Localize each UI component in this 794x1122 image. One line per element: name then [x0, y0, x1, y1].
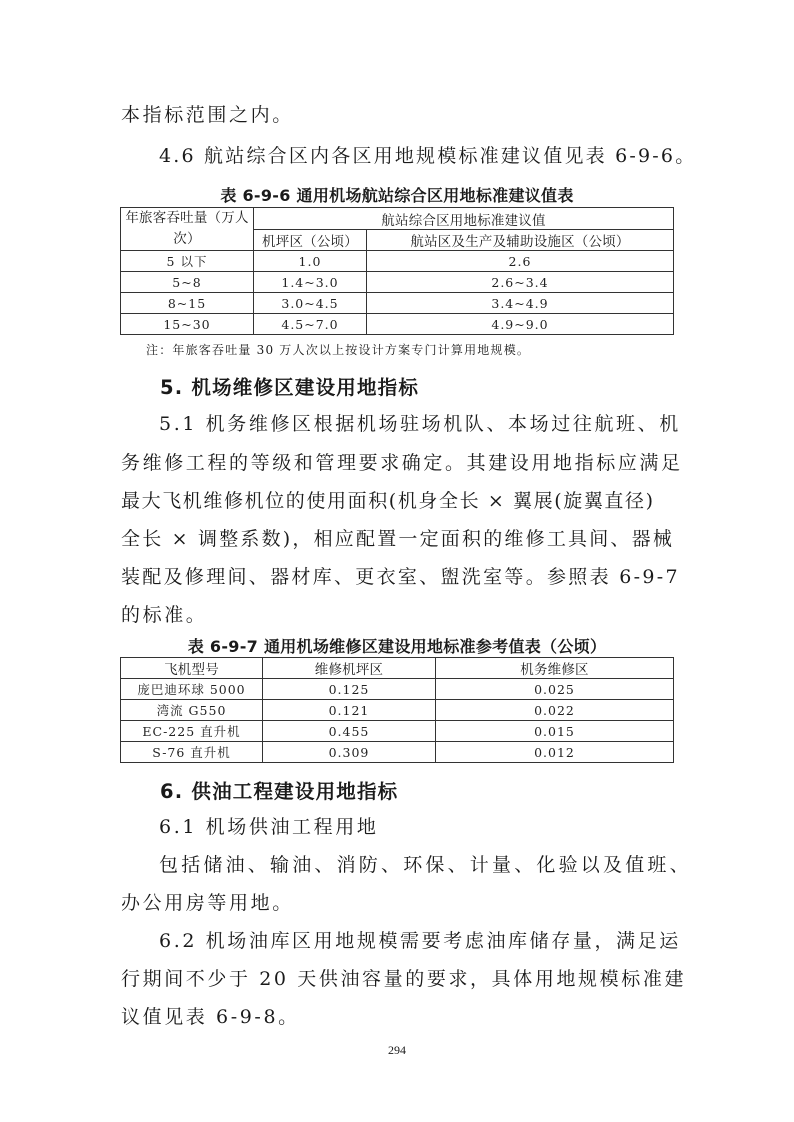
header-throughput-line2: 次）: [121, 229, 253, 250]
cell-apron: 1.4~3.0: [254, 272, 367, 293]
header-cell-terminal: 航站区及生产及辅助设施区（公顷）: [367, 230, 674, 251]
cell-model: EC-225 直升机: [121, 721, 263, 742]
section-heading-5: 5. 机场维修区建设用地指标: [160, 372, 419, 400]
paragraph-6-2-line2: 行期间不少于 20 天供油容量的要求，具体用地规模标准建: [121, 967, 686, 991]
cell-throughput: 8~15: [121, 293, 254, 314]
table-note: 注：年旅客吞吐量 30 万人次以上按设计方案专门计算用地规模。: [146, 341, 530, 358]
cell-model: 庞巴迪环球 5000: [121, 679, 263, 700]
table-row: 15~30 4.5~7.0 4.9~9.0: [121, 314, 674, 335]
table-header-row: 年旅客吞吐量（万人 次） 航站综合区用地标准建议值: [121, 208, 674, 230]
header-cell-group: 航站综合区用地标准建议值: [254, 208, 674, 230]
cell-terminal: 3.4~4.9: [367, 293, 674, 314]
cell-terminal: 2.6: [367, 251, 674, 272]
paragraph-6-2-line3: 议值见表 6-9-8。: [121, 1005, 300, 1029]
table-row: 8~15 3.0~4.5 3.4~4.9: [121, 293, 674, 314]
paragraph-5-1-line1: 5.1 机务维修区根据机场驻场机队、本场过往航班、机: [159, 412, 681, 436]
cell-apron: 0.455: [263, 721, 436, 742]
cell-terminal: 4.9~9.0: [367, 314, 674, 335]
header-cell-apron: 维修机坪区: [263, 658, 436, 679]
table-row: S-76 直升机 0.309 0.012: [121, 742, 674, 763]
cell-model: 湾流 G550: [121, 700, 263, 721]
cell-apron: 0.121: [263, 700, 436, 721]
table-row: EC-225 直升机 0.455 0.015: [121, 721, 674, 742]
cell-apron: 1.0: [254, 251, 367, 272]
header-cell-apron: 机坪区（公顷）: [254, 230, 367, 251]
table-row: 5 以下 1.0 2.6: [121, 251, 674, 272]
table-row: 庞巴迪环球 5000 0.125 0.025: [121, 679, 674, 700]
cell-maintenance: 0.022: [436, 700, 674, 721]
cell-terminal: 2.6~3.4: [367, 272, 674, 293]
paragraph-6-1-title: 6.1 机场供油工程用地: [159, 815, 378, 839]
header-cell-throughput: 年旅客吞吐量（万人 次）: [121, 208, 254, 251]
cell-throughput: 5~8: [121, 272, 254, 293]
cell-maintenance: 0.012: [436, 742, 674, 763]
paragraph-6-1-line2: 办公用房等用地。: [121, 891, 294, 915]
table-row: 湾流 G550 0.121 0.022: [121, 700, 674, 721]
paragraph-6-1-line1: 包括储油、输油、消防、环保、计量、化验以及值班、: [159, 853, 692, 877]
cell-throughput: 15~30: [121, 314, 254, 335]
cell-apron: 0.309: [263, 742, 436, 763]
section-heading-6: 6. 供油工程建设用地指标: [160, 776, 398, 804]
paragraph-5-1-line3: 最大飞机维修机位的使用面积(机身全长 × 翼展(旋翼直径): [121, 489, 655, 513]
paragraph-6-2-line1: 6.2 机场油库区用地规模需要考虑油库储存量，满足运: [159, 929, 681, 953]
page-number: 294: [0, 1043, 794, 1058]
paragraph-5-1-line4: 全长 × 调整系数)，相应配置一定面积的维修工具间、器械: [121, 527, 674, 551]
paragraph-continuation: 本指标范围之内。: [121, 103, 294, 127]
table-6-9-6: 年旅客吞吐量（万人 次） 航站综合区用地标准建议值 机坪区（公顷） 航站区及生产…: [120, 207, 674, 335]
header-throughput-line1: 年旅客吞吐量（万人: [121, 208, 253, 229]
table-header-row: 飞机型号 维修机坪区 机务维修区: [121, 658, 674, 679]
cell-apron: 3.0~4.5: [254, 293, 367, 314]
paragraph-4-6: 4.6 航站综合区内各区用地规模标准建议值见表 6-9-6。: [159, 144, 696, 168]
table-caption-6-9-6: 表 6-9-6 通用机场航站综合区用地标准建议值表: [0, 183, 794, 206]
table-row: 5~8 1.4~3.0 2.6~3.4: [121, 272, 674, 293]
header-cell-maintenance: 机务维修区: [436, 658, 674, 679]
cell-throughput: 5 以下: [121, 251, 254, 272]
cell-model: S-76 直升机: [121, 742, 263, 763]
paragraph-5-1-line2: 务维修工程的等级和管理要求确定。其建设用地指标应满足: [121, 451, 683, 475]
paragraph-5-1-line5: 装配及修理间、器材库、更衣室、盥洗室等。参照表 6-9-7: [121, 565, 680, 589]
cell-apron: 4.5~7.0: [254, 314, 367, 335]
table-6-9-7: 飞机型号 维修机坪区 机务维修区 庞巴迪环球 5000 0.125 0.025 …: [120, 657, 674, 763]
paragraph-5-1-line6: 的标准。: [121, 603, 207, 627]
cell-apron: 0.125: [263, 679, 436, 700]
cell-maintenance: 0.025: [436, 679, 674, 700]
header-cell-model: 飞机型号: [121, 658, 263, 679]
table-caption-6-9-7: 表 6-9-7 通用机场维修区建设用地标准参考值表（公顷）: [0, 634, 794, 657]
cell-maintenance: 0.015: [436, 721, 674, 742]
